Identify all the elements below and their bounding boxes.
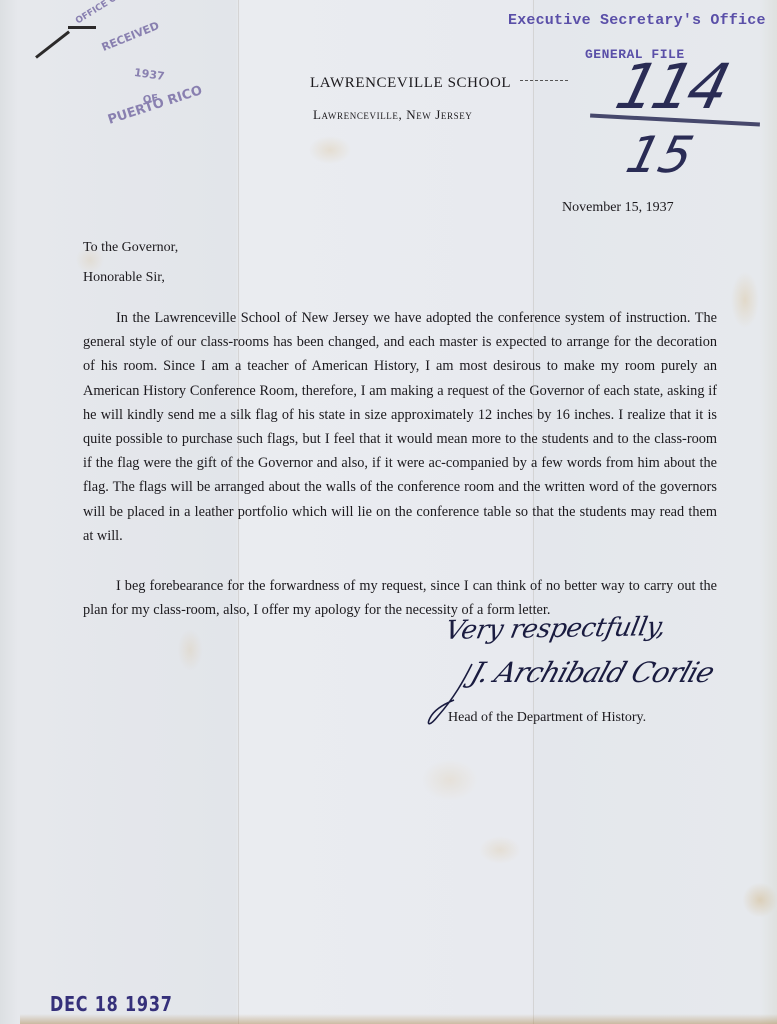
executive-office-stamp: Executive Secretary's Office: [508, 12, 766, 29]
letterhead-location: Lawrenceville, New Jersey: [313, 107, 472, 123]
file-number-bottom: 15: [622, 130, 698, 180]
date-received-stamp: DEC 18 1937: [50, 992, 173, 1016]
stamp-office-text: OFFICE OF THE GOVERNOR: [74, 0, 195, 26]
stamp-received-text: RECEIVED: [100, 19, 161, 54]
handwritten-signature: J. Archibald Corlie: [467, 656, 718, 689]
stamp-year-text: 1937: [133, 66, 165, 83]
letter-greeting: Honorable Sir,: [83, 270, 165, 286]
letter-page: OFFICE OF THE GOVERNOR RECEIVED 1937 OF …: [0, 0, 777, 1024]
letter-date: November 15, 1937: [562, 200, 674, 216]
signer-title: Head of the Department of History.: [448, 710, 646, 726]
pencil-dash-mark: [520, 80, 568, 82]
letter-paragraph: In the Lawrenceville School of New Jerse…: [83, 306, 717, 548]
received-stamp: OFFICE OF THE GOVERNOR RECEIVED 1937 OF …: [68, 10, 228, 140]
letterhead-school-name: LAWRENCEVILLE SCHOOL: [310, 75, 511, 92]
stamp-place-text: PUERTO RICO: [106, 83, 204, 128]
staple-mark-icon: [35, 30, 70, 58]
file-number-top: 114: [610, 56, 732, 118]
letter-addressee: To the Governor,: [83, 240, 178, 256]
handwritten-closing: Very respectfully,: [443, 612, 668, 646]
